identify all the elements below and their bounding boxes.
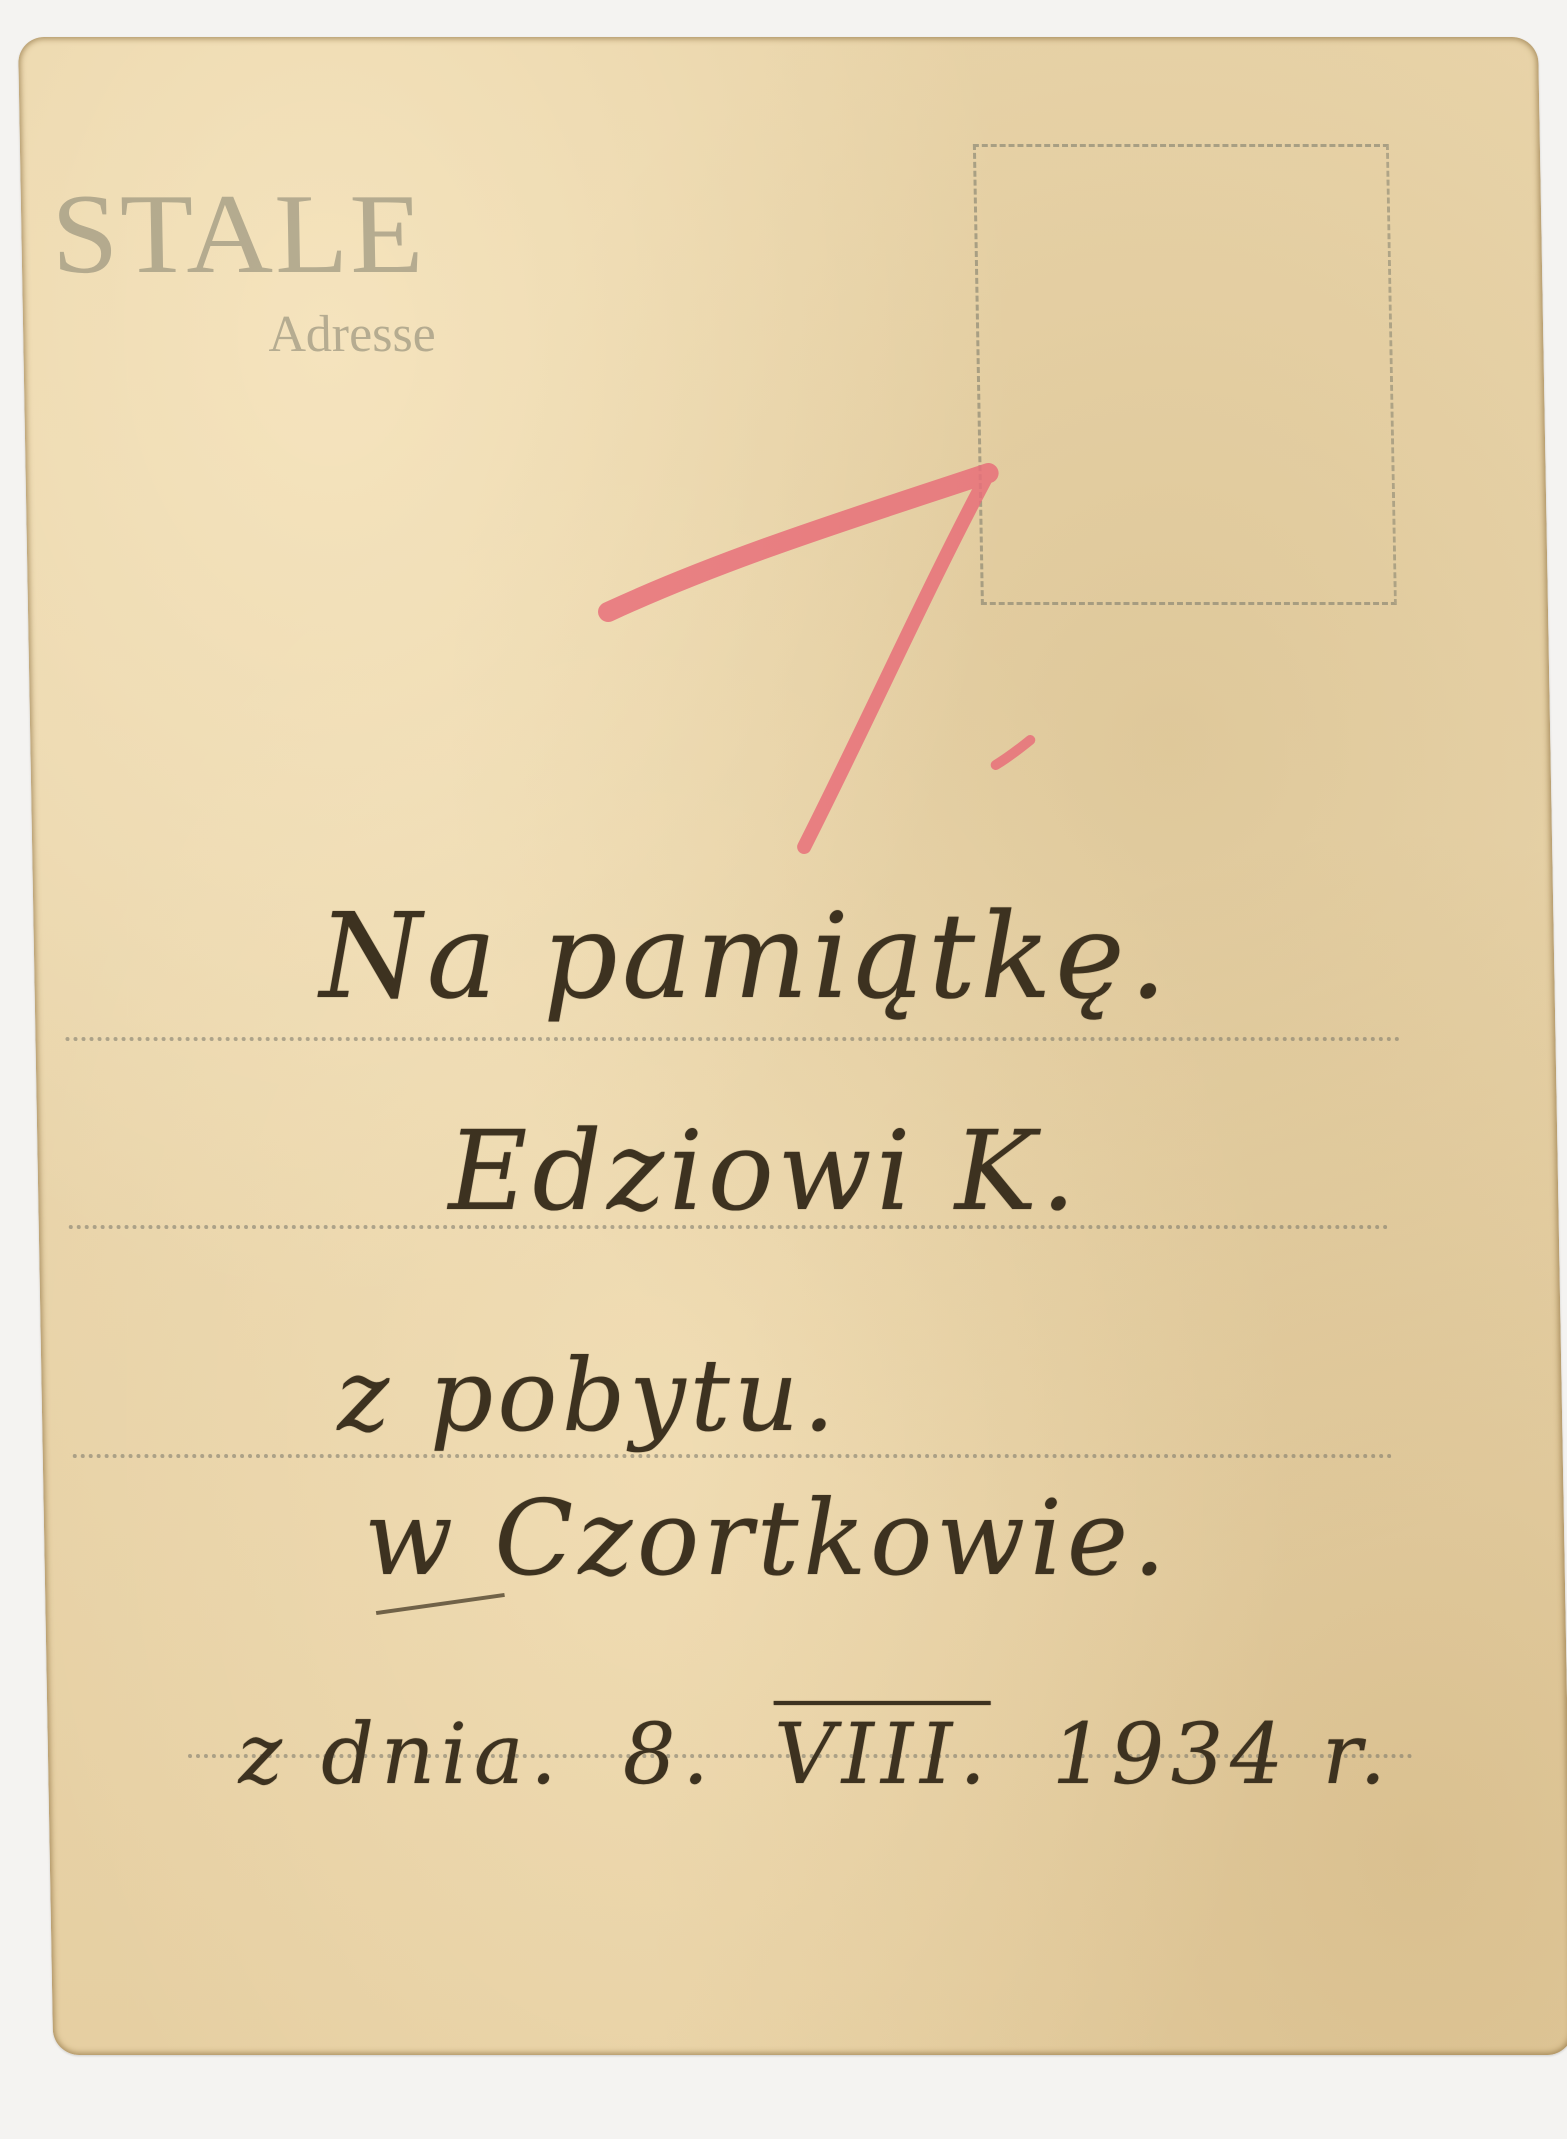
handwritten-line-4: w Czortkowie. xyxy=(363,1477,1170,1599)
printed-address-label: Adresse xyxy=(268,305,437,364)
printed-header-fragment: STALE xyxy=(50,168,426,299)
address-guide-line-3 xyxy=(73,1454,1393,1458)
date-day: 8. xyxy=(622,1705,716,1803)
handwritten-line-2: Edziowi K. xyxy=(447,1107,1081,1235)
address-guide-line-1 xyxy=(65,1037,1400,1041)
date-prefix: z dnia. xyxy=(237,1705,563,1803)
handwritten-line-3: z pobytu. xyxy=(336,1337,840,1454)
handwritten-line-1: Na pamiątkę. xyxy=(318,887,1172,1025)
postcard: STALE Adresse Na pamiątkę. Edziowi K. z … xyxy=(18,37,1567,2055)
date-year: 1934 r. xyxy=(1051,1705,1393,1803)
stamp-box xyxy=(973,144,1397,605)
date-month-roman: VIII. xyxy=(774,1705,993,1803)
handwritten-date-line: z dnia.8.VIII.1934 r. xyxy=(237,1705,1392,1803)
